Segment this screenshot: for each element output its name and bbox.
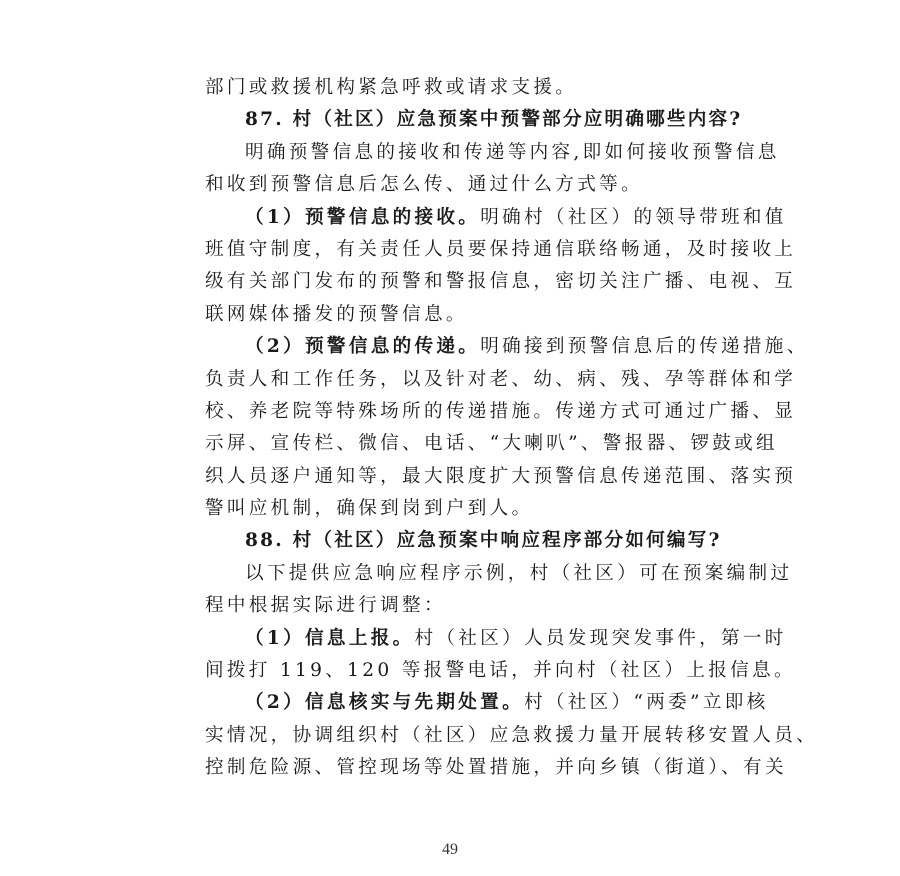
body-line-8: 联网媒体播发的预警信息。 (205, 299, 689, 331)
subsection-title: （2）预警信息的传递。 (245, 336, 480, 357)
subsection-warning-transmission: （2）预警信息的传递。明确接到预警信息后的传递措施、 (205, 331, 689, 363)
body-line-14: 警叫应机制，确保到岗到户到人。 (205, 493, 689, 525)
document-page: 部门或救援机构紧急呼救或请求支援。 87. 村（社区）应急预案中预警部分应明确哪… (205, 72, 689, 785)
body-line-6: 班值守制度，有关责任人员要保持通信联络畅通，及时接收上 (205, 234, 689, 266)
subsection-title: （1）信息上报。 (245, 628, 415, 649)
question-88-heading: 88. 村（社区）应急预案中响应程序部分如何编写? (205, 525, 689, 557)
subsection-info-verification: （2）信息核实与先期处置。村（社区）“两委”立即核 (205, 687, 689, 719)
body-line-22: 控制危险源、管控现场等处置措施，并向乡镇（街道）、有关 (205, 752, 689, 784)
body-line-10: 负责人和工作任务，以及针对老、幼、病、残、孕等群体和学 (205, 364, 689, 396)
body-line-3: 明确预警信息的接收和传递等内容,即如何接收预警信息 (205, 137, 689, 169)
body-line-19: 间拨打 119、120 等报警电话，并向村（社区）上报信息。 (205, 655, 689, 687)
body-line-7: 级有关部门发布的预警和警报信息，密切关注广播、电视、互 (205, 266, 689, 298)
body-line-11: 校、养老院等特殊场所的传递措施。传递方式可通过广播、显 (205, 396, 689, 428)
subsection-title: （2）信息核实与先期处置。 (245, 692, 524, 713)
body-line-21: 实情况，协调组织村（社区）应急救援力量开展转移安置人员、 (205, 720, 689, 752)
body-line-17: 程中根据实际进行调整： (205, 590, 689, 622)
subsection-warning-reception: （1）预警信息的接收。明确村（社区）的领导带班和值 (205, 202, 689, 234)
body-line-16: 以下提供应急响应程序示例，村（社区）可在预案编制过 (205, 558, 689, 590)
question-87-heading: 87. 村（社区）应急预案中预警部分应明确哪些内容? (205, 104, 689, 136)
body-line-13: 织人员逐户通知等，最大限度扩大预警信息传递范围、落实预 (205, 461, 689, 493)
body-line-4: 和收到预警信息后怎么传、通过什么方式等。 (205, 169, 689, 201)
subsection-title: （1）预警信息的接收。 (245, 207, 480, 228)
body-line-12: 示屏、宣传栏、微信、电话、“大喇叭”、警报器、锣鼓或组 (205, 428, 689, 460)
subsection-info-report: （1）信息上报。村（社区）人员发现突发事件，第一时 (205, 623, 689, 655)
body-line-1: 部门或救援机构紧急呼救或请求支援。 (205, 72, 689, 104)
page-number: 49 (0, 841, 900, 859)
